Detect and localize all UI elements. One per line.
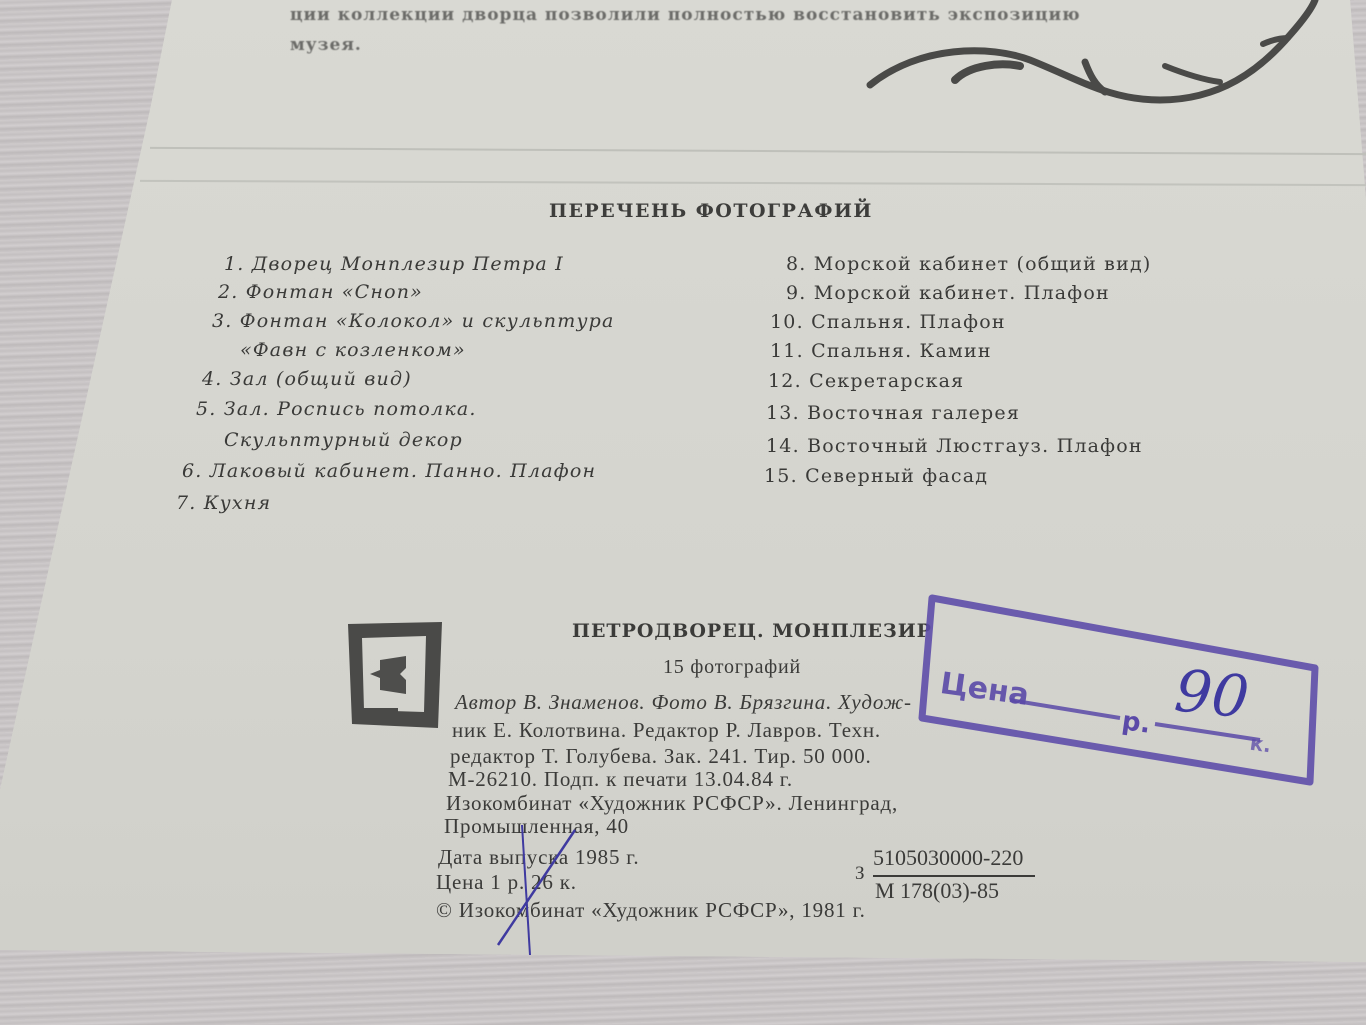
publisher-logo-icon	[342, 620, 446, 732]
list-item: 15. Северный фасад	[764, 465, 988, 487]
imprint-line: М-26210. Подп. к печати 13.04.84 г.	[448, 767, 793, 792]
bbk-denominator: М 178(03)-85	[875, 878, 999, 904]
handwritten-price: 90	[1172, 656, 1253, 731]
ornament-swirl-icon	[860, 0, 1366, 120]
list-item: 14. Восточный Люстгауз. Плафон	[766, 435, 1143, 457]
fraction-bar	[873, 875, 1035, 877]
list-item: 6. Лаковый кабинет. Панно. Плафон	[182, 460, 596, 482]
list-item: 2. Фонтан «Сноп»	[218, 281, 423, 303]
imprint-subtitle: 15 фотографий	[663, 656, 801, 679]
list-item: 10. Спальня. Плафон	[770, 311, 1006, 333]
price-strikethrough-mark	[480, 825, 600, 955]
photo-list-title: ПЕРЕЧЕНЬ ФОТОГРАФИЙ	[549, 200, 873, 222]
list-item-continuation: Скульптурный декор	[224, 429, 463, 451]
stamp-rub-label: р.	[1120, 706, 1152, 740]
stamp-kop-label: к.	[1248, 731, 1272, 758]
imprint-title: ПЕТРОДВОРЕЦ. МОНПЛЕЗИР	[572, 620, 932, 642]
bbk-prefix: З	[855, 863, 865, 885]
list-item: 1. Дворец Монплезир Петра I	[224, 253, 564, 275]
list-item: 9. Морской кабинет. Плафон	[786, 282, 1110, 304]
list-item: 12. Секретарская	[768, 370, 964, 392]
list-item: 4. Зал (общий вид)	[202, 368, 412, 390]
list-item: 3. Фонтан «Колокол» и скульптура	[212, 310, 615, 332]
list-item: 7. Кухня	[176, 492, 271, 514]
list-item: 13. Восточная галерея	[766, 402, 1020, 424]
list-item: 8. Морской кабинет (общий вид)	[786, 253, 1151, 275]
imprint-line: Автор В. Знаменов. Фото В. Брязгина. Худ…	[455, 690, 912, 715]
imprint-line: ник Е. Колотвина. Редактор Р. Лавров. Те…	[452, 718, 881, 743]
list-item: 11. Спальня. Камин	[770, 340, 992, 362]
bbk-numerator: 5105030000-220	[873, 845, 1023, 871]
list-item-continuation: «Фавн с козленком»	[240, 339, 466, 361]
list-item: 5. Зал. Роспись потолка.	[196, 398, 477, 420]
imprint-line: Изокомбинат «Художник РСФСР». Ленинград,	[446, 791, 898, 816]
imprint-line: редактор Т. Голубева. Зак. 241. Тир. 50 …	[450, 744, 872, 769]
